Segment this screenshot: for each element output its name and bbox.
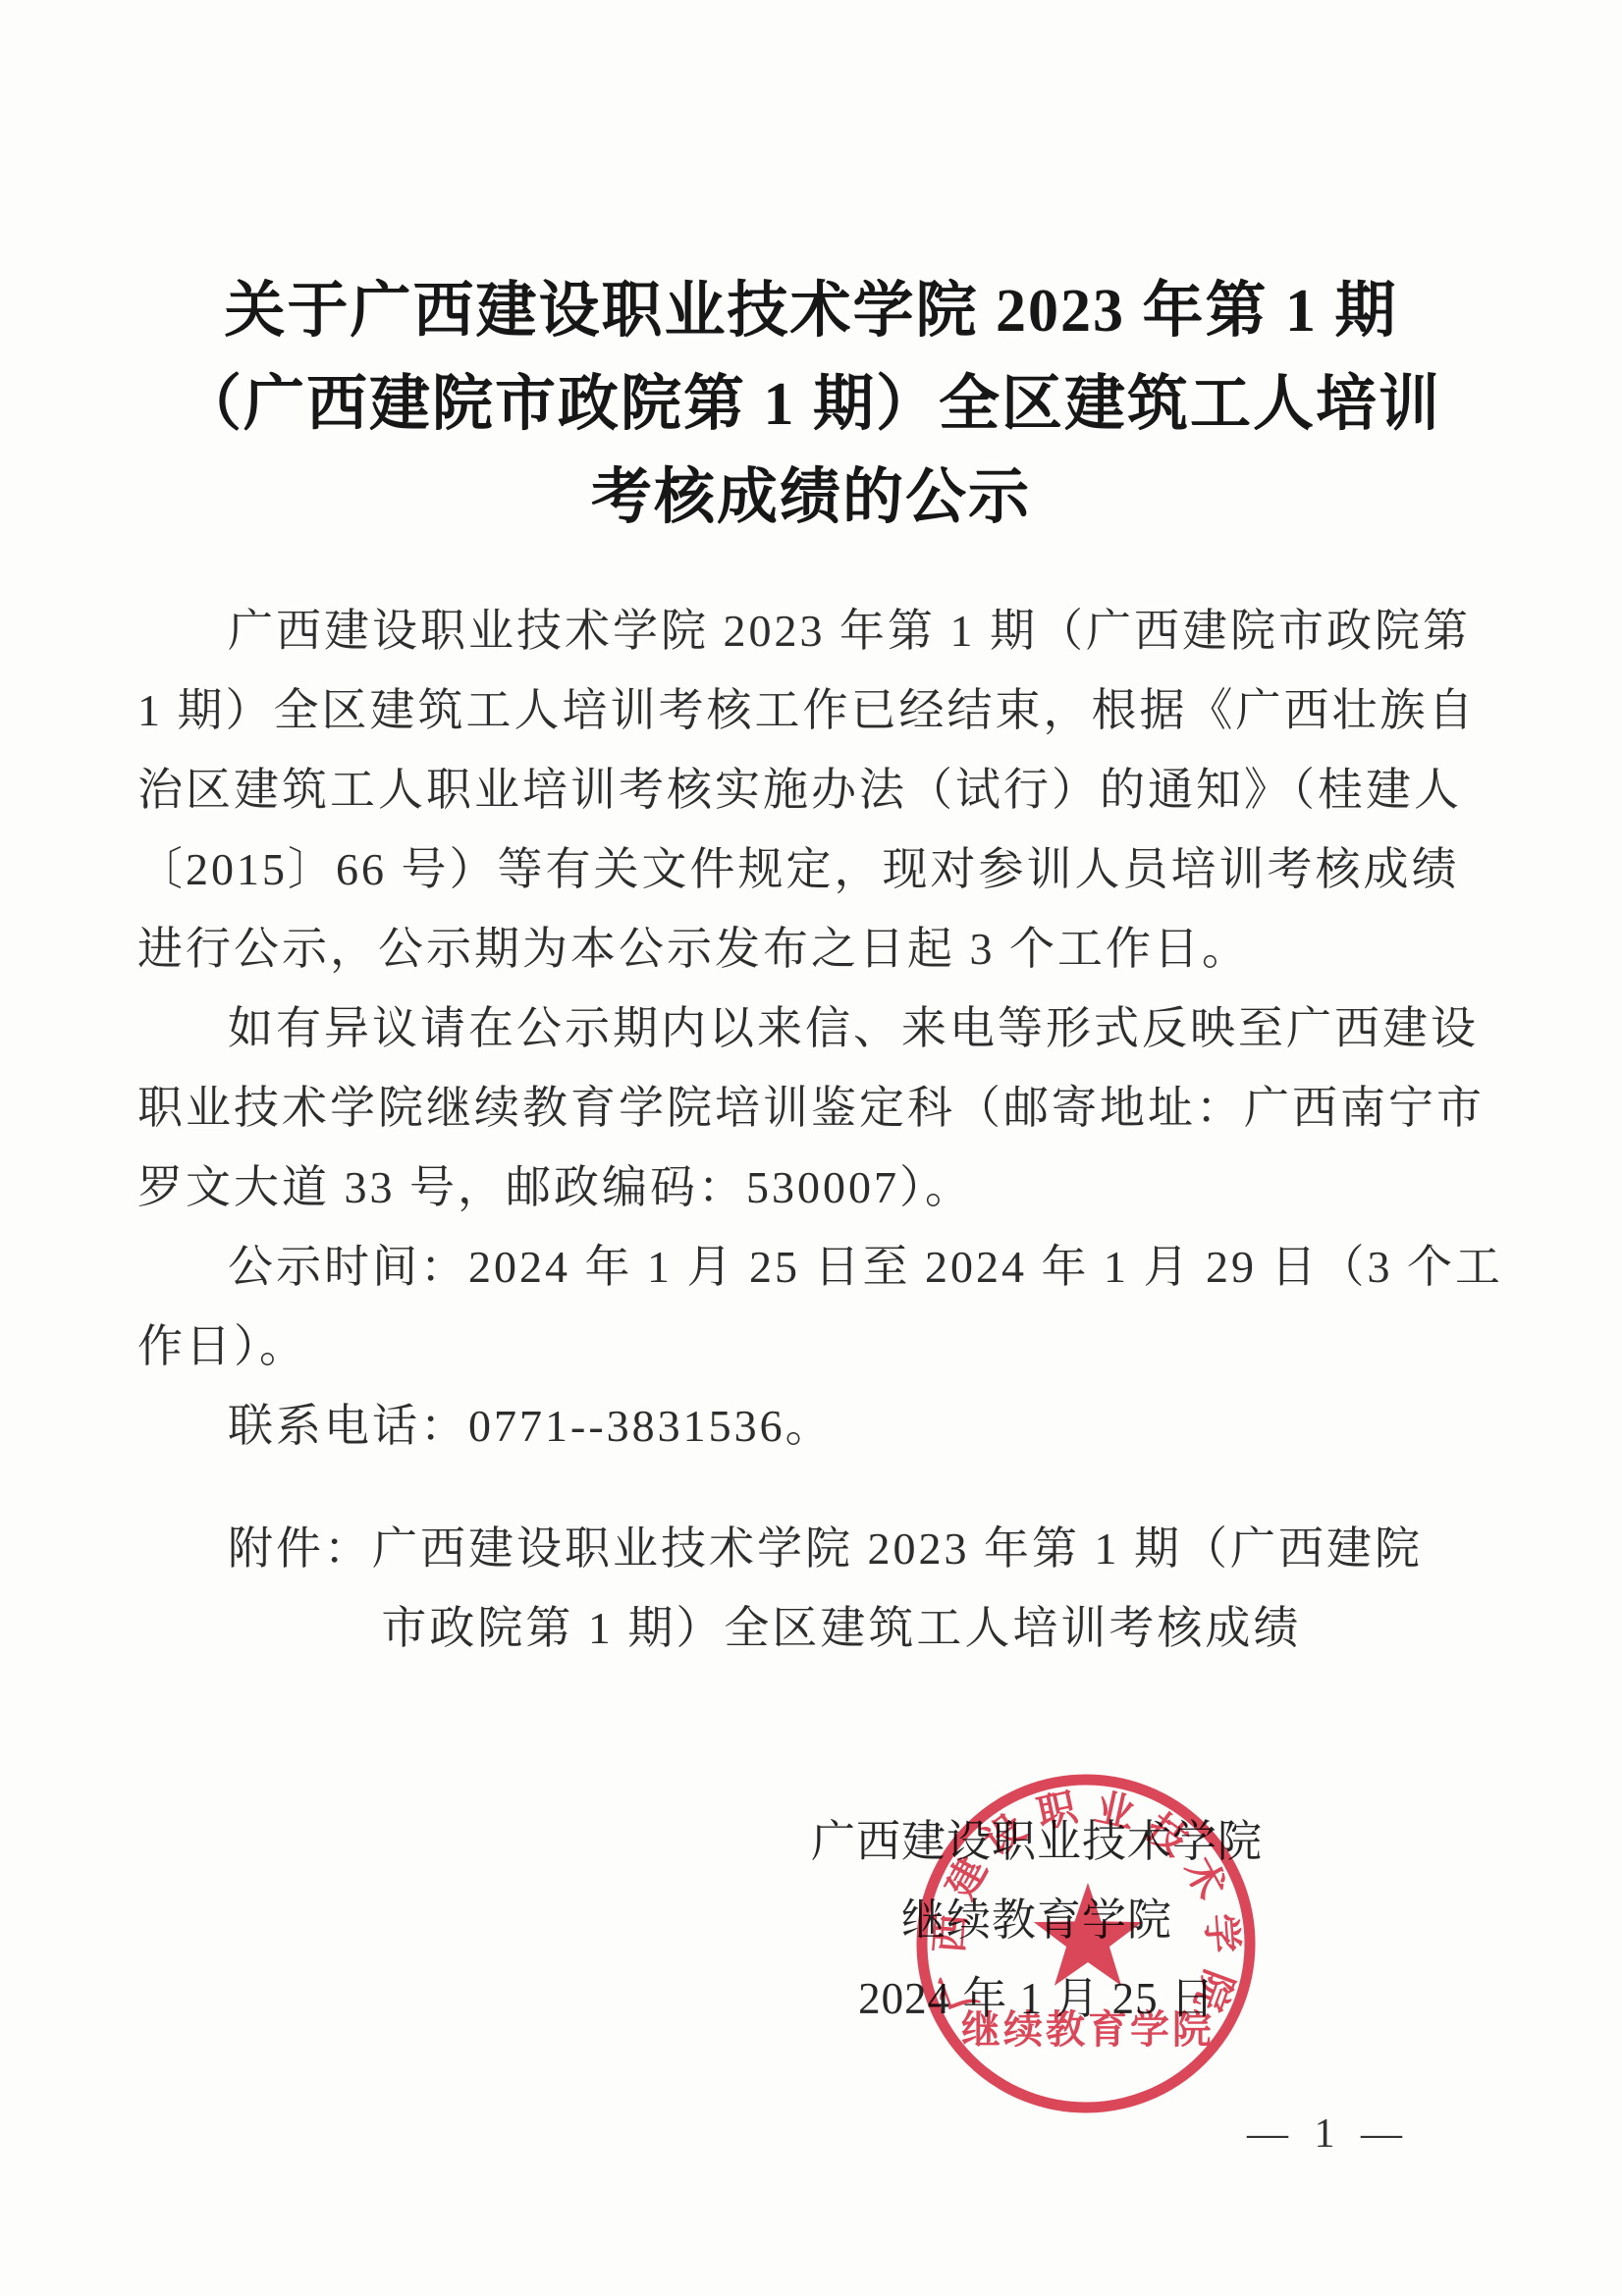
document-body: 广西建设职业技术学院 2023 年第 1 期（广西建院市政院第1 期）全区建筑工…	[137, 591, 1497, 1466]
body-paragraph-line: 联系电话：0771--3831536。	[137, 1386, 1497, 1466]
body-paragraph-line: 治区建筑工人职业培训考核实施办法（试行）的通知》（桂建人	[137, 750, 1497, 829]
body-paragraph-line: 如有异议请在公示期内以来信、来电等形式反映至广西建设	[137, 988, 1497, 1068]
page-number: — 1 —	[1247, 2107, 1410, 2162]
body-paragraph-line: 〔2015〕66 号）等有关文件规定，现对参训人员培训考核成绩	[137, 829, 1497, 909]
document-page: 关于广西建设职业技术学院 2023 年第 1 期（广西建院市政院第 1 期）全区…	[0, 0, 1622, 2296]
official-seal: 广西建设职业技术学院 继续教育学院	[909, 1767, 1263, 2120]
body-paragraph-line: 1 期）全区建筑工人培训考核工作已经结束，根据《广西壮族自	[137, 670, 1497, 750]
body-paragraph-line: 进行公示，公示期为本公示发布之日起 3 个工作日。	[137, 909, 1497, 988]
body-paragraph-line: 职业技术学院继续教育学院培训鉴定科（邮寄地址：广西南宁市	[137, 1068, 1497, 1148]
document-title: 关于广西建设职业技术学院 2023 年第 1 期（广西建院市政院第 1 期）全区…	[0, 265, 1622, 545]
body-paragraph-line: 广西建设职业技术学院 2023 年第 1 期（广西建院市政院第	[137, 591, 1497, 670]
seal-star-icon	[1034, 1883, 1142, 1986]
attachment-line: 附件：广西建设职业技术学院 2023 年第 1 期（广西建院	[137, 1509, 1497, 1588]
title-line: （广西建院市政院第 1 期）全区建筑工人培训	[0, 358, 1622, 452]
body-paragraph-line: 公示时间：2024 年 1 月 25 日至 2024 年 1 月 29 日（3 …	[137, 1227, 1497, 1307]
attachment-line: 市政院第 1 期）全区建筑工人培训考核成绩	[137, 1588, 1497, 1668]
title-line: 关于广西建设职业技术学院 2023 年第 1 期	[0, 265, 1622, 358]
seal-bottom-text: 继续教育学院	[961, 2007, 1215, 2052]
body-paragraph-line: 作日）。	[137, 1307, 1497, 1386]
title-line: 考核成绩的公示	[0, 452, 1622, 545]
body-paragraph-line: 罗文大道 33 号，邮政编码：530007）。	[137, 1148, 1497, 1227]
attachment-note: 附件：广西建设职业技术学院 2023 年第 1 期（广西建院市政院第 1 期）全…	[137, 1509, 1497, 1668]
